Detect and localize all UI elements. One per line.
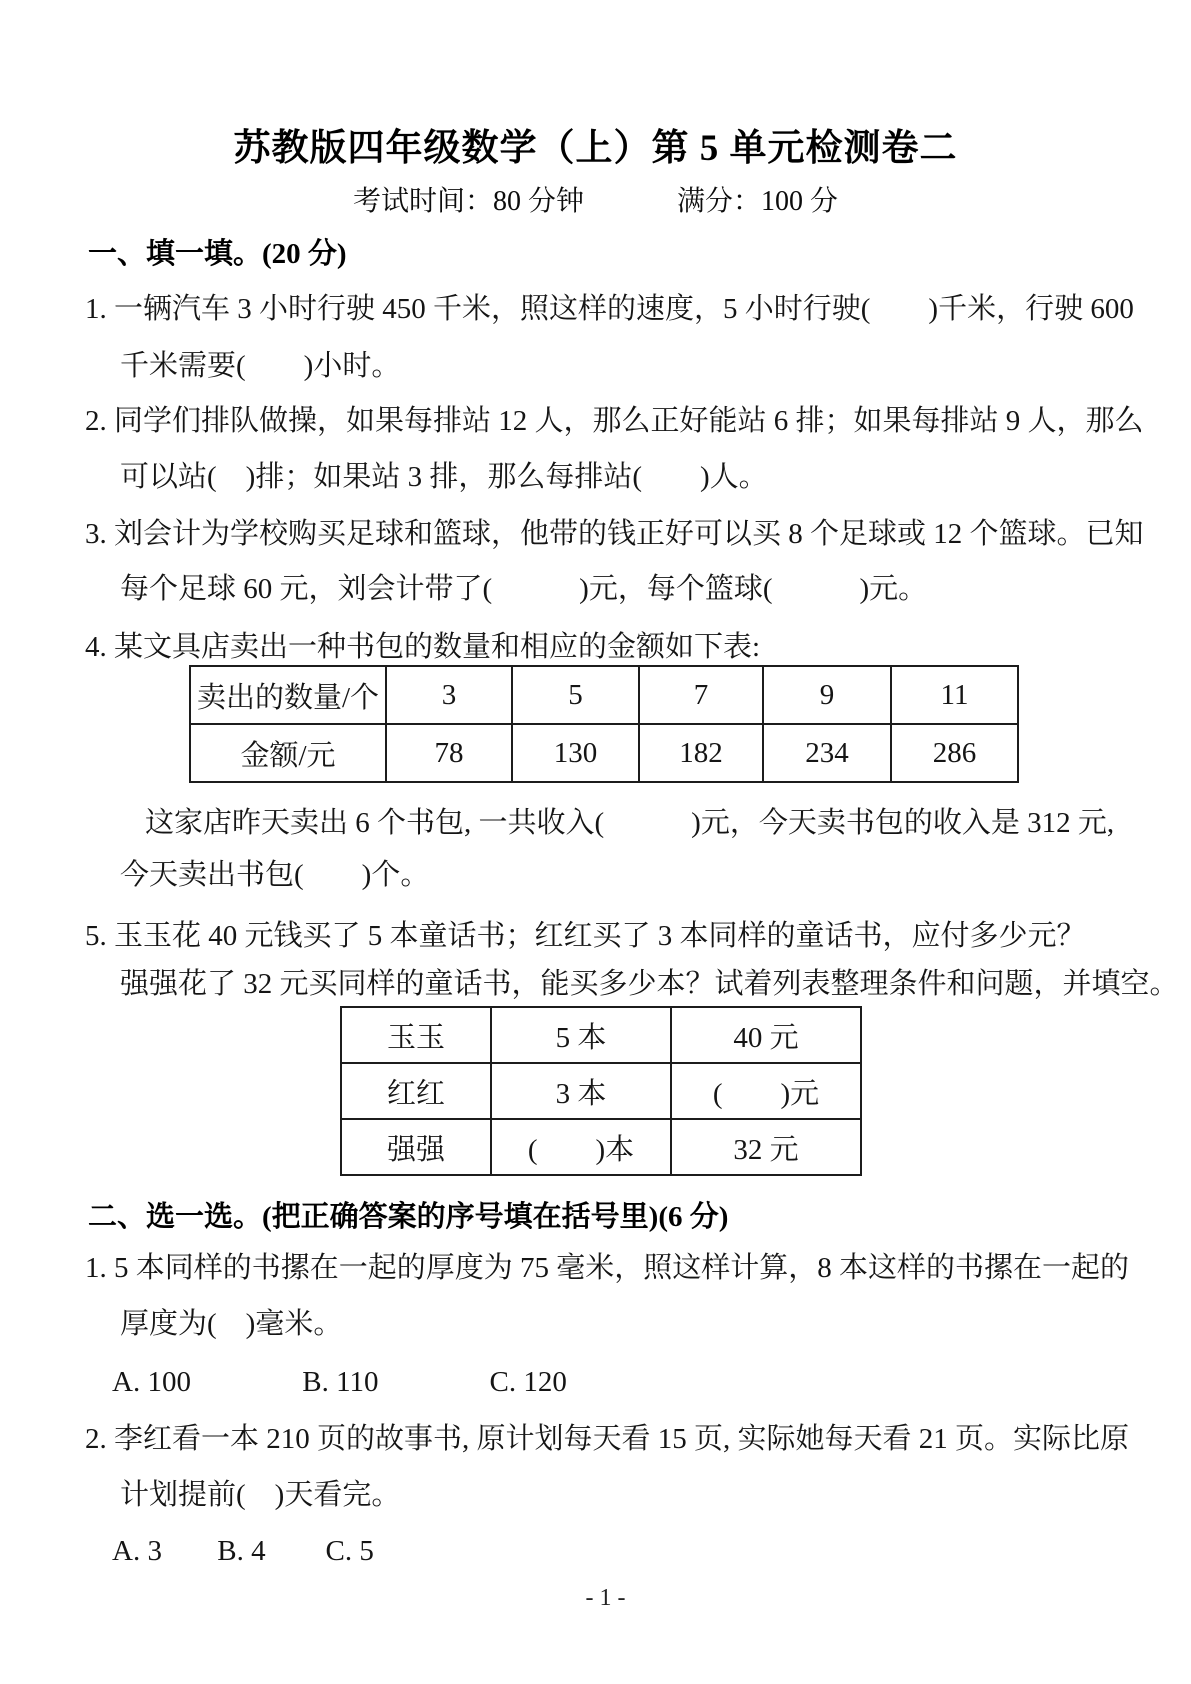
- choice-q1-options: A. 100 B. 110 C. 120: [112, 1364, 567, 1400]
- table-row: 玉玉 5 本 40 元: [341, 1007, 861, 1063]
- exam-paper-page: 苏教版四年级数学（上）第 5 单元检测卷二 考试时间：80 分钟 满分：100 …: [0, 0, 1191, 1684]
- table-cell: 玉玉: [341, 1007, 491, 1063]
- fill-q5-line2: 强强花了 32 元买同样的童话书，能买多少本？试着列表整理条件和问题，并填空。: [120, 966, 1179, 1002]
- table-row: 红红 3 本 ( )元: [341, 1063, 861, 1119]
- table-row: 卖出的数量/个 3 5 7 9 11: [190, 666, 1018, 724]
- quantity-amount-table: 卖出的数量/个 3 5 7 9 11 金额/元 78 130 182 234 2…: [189, 665, 1019, 783]
- table-cell: 286: [891, 724, 1018, 782]
- table-cell: 3 本: [491, 1063, 671, 1119]
- choice-q2-line1: 2. 李红看一本 210 页的故事书, 原计划每天看 15 页, 实际她每天看 …: [85, 1421, 1129, 1457]
- table-cell: 32 元: [671, 1119, 861, 1175]
- paper-title: 苏教版四年级数学（上）第 5 单元检测卷二: [0, 128, 1191, 170]
- table-cell: 5 本: [491, 1007, 671, 1063]
- table-cell: ( )元: [671, 1063, 861, 1119]
- fill-q3-line2: 每个足球 60 元，刘会计带了( )元，每个篮球( )元。: [120, 571, 927, 607]
- table-cell: 强强: [341, 1119, 491, 1175]
- fill-q1-line1: 1. 一辆汽车 3 小时行驶 450 千米，照这样的速度，5 小时行驶( )千米…: [85, 291, 1134, 327]
- choice-q2-line2: 计划提前( )天看完。: [120, 1477, 400, 1513]
- table-cell: 40 元: [671, 1007, 861, 1063]
- section-fill-heading: 一、填一填。(20 分): [88, 236, 347, 272]
- choice-q1-line1: 1. 5 本同样的书摞在一起的厚度为 75 毫米，照这样计算，8 本这样的书摞在…: [85, 1250, 1129, 1286]
- fill-q4-line2: 这家店昨天卖出 6 个书包, 一共收入( )元，今天卖书包的收入是 312 元,: [145, 805, 1114, 841]
- full-score-label: 满分：100 分: [677, 186, 838, 218]
- option-a: A. 3: [112, 1533, 210, 1569]
- table-cell: 红红: [341, 1063, 491, 1119]
- fill-q2-line2: 可以站( )排；如果站 3 排，那么每排站( )人。: [120, 459, 768, 495]
- table-cell: 234: [763, 724, 891, 782]
- choice-q2-options: A. 3 B. 4 C. 5: [112, 1533, 374, 1569]
- option-b: B. 110: [302, 1364, 482, 1400]
- fill-q3-line1: 3. 刘会计为学校购买足球和篮球，他带的钱正好可以买 8 个足球或 12 个篮球…: [85, 516, 1144, 552]
- fill-q4-line3: 今天卖出书包( )个。: [120, 857, 429, 893]
- table-cell: 130: [512, 724, 639, 782]
- option-b: B. 4: [217, 1533, 318, 1569]
- option-c: C. 5: [326, 1533, 374, 1569]
- table-cell: 卖出的数量/个: [190, 666, 386, 724]
- option-c: C. 120: [490, 1364, 567, 1400]
- section-choice-heading: 二、选一选。(把正确答案的序号填在括号里)(6 分): [88, 1199, 728, 1235]
- table-cell: 9: [763, 666, 891, 724]
- table-cell: ( )本: [491, 1119, 671, 1175]
- option-a: A. 100: [112, 1364, 295, 1400]
- table-cell: 7: [639, 666, 763, 724]
- table-cell: 3: [386, 666, 512, 724]
- fill-q5-line1: 5. 玉玉花 40 元钱买了 5 本童话书；红红买了 3 本同样的童话书，应付多…: [85, 918, 1086, 954]
- fill-q1-line2: 千米需要( )小时。: [120, 348, 400, 384]
- fill-q2-line1: 2. 同学们排队做操，如果每排站 12 人，那么正好能站 6 排；如果每排站 9…: [85, 403, 1144, 439]
- table-cell: 11: [891, 666, 1018, 724]
- table-row: 强强 ( )本 32 元: [341, 1119, 861, 1175]
- page-number: - 1 -: [10, 1585, 1191, 1612]
- table-cell: 金额/元: [190, 724, 386, 782]
- table-cell: 5: [512, 666, 639, 724]
- exam-time-label: 考试时间：80 分钟: [353, 186, 584, 218]
- table-cell: 182: [639, 724, 763, 782]
- book-price-table: 玉玉 5 本 40 元 红红 3 本 ( )元 强强 ( )本 32 元: [340, 1006, 862, 1176]
- paper-meta: 考试时间：80 分钟 满分：100 分: [0, 186, 1191, 218]
- table-row: 金额/元 78 130 182 234 286: [190, 724, 1018, 782]
- fill-q4-line1: 4. 某文具店卖出一种书包的数量和相应的金额如下表:: [85, 629, 760, 665]
- table-cell: 78: [386, 724, 512, 782]
- choice-q1-line2: 厚度为( )毫米。: [120, 1306, 342, 1342]
